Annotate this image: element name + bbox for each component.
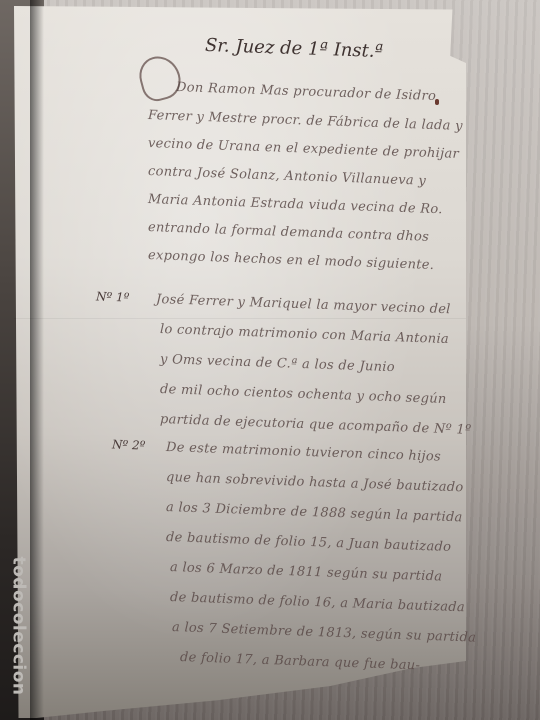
paper-fold <box>14 318 466 319</box>
watermark: todocoleccion <box>4 546 34 706</box>
margin-note: Nº 1º <box>96 289 130 304</box>
watermark-text: todocoleccion <box>9 556 29 695</box>
margin-note: Nº 2º <box>112 437 146 452</box>
